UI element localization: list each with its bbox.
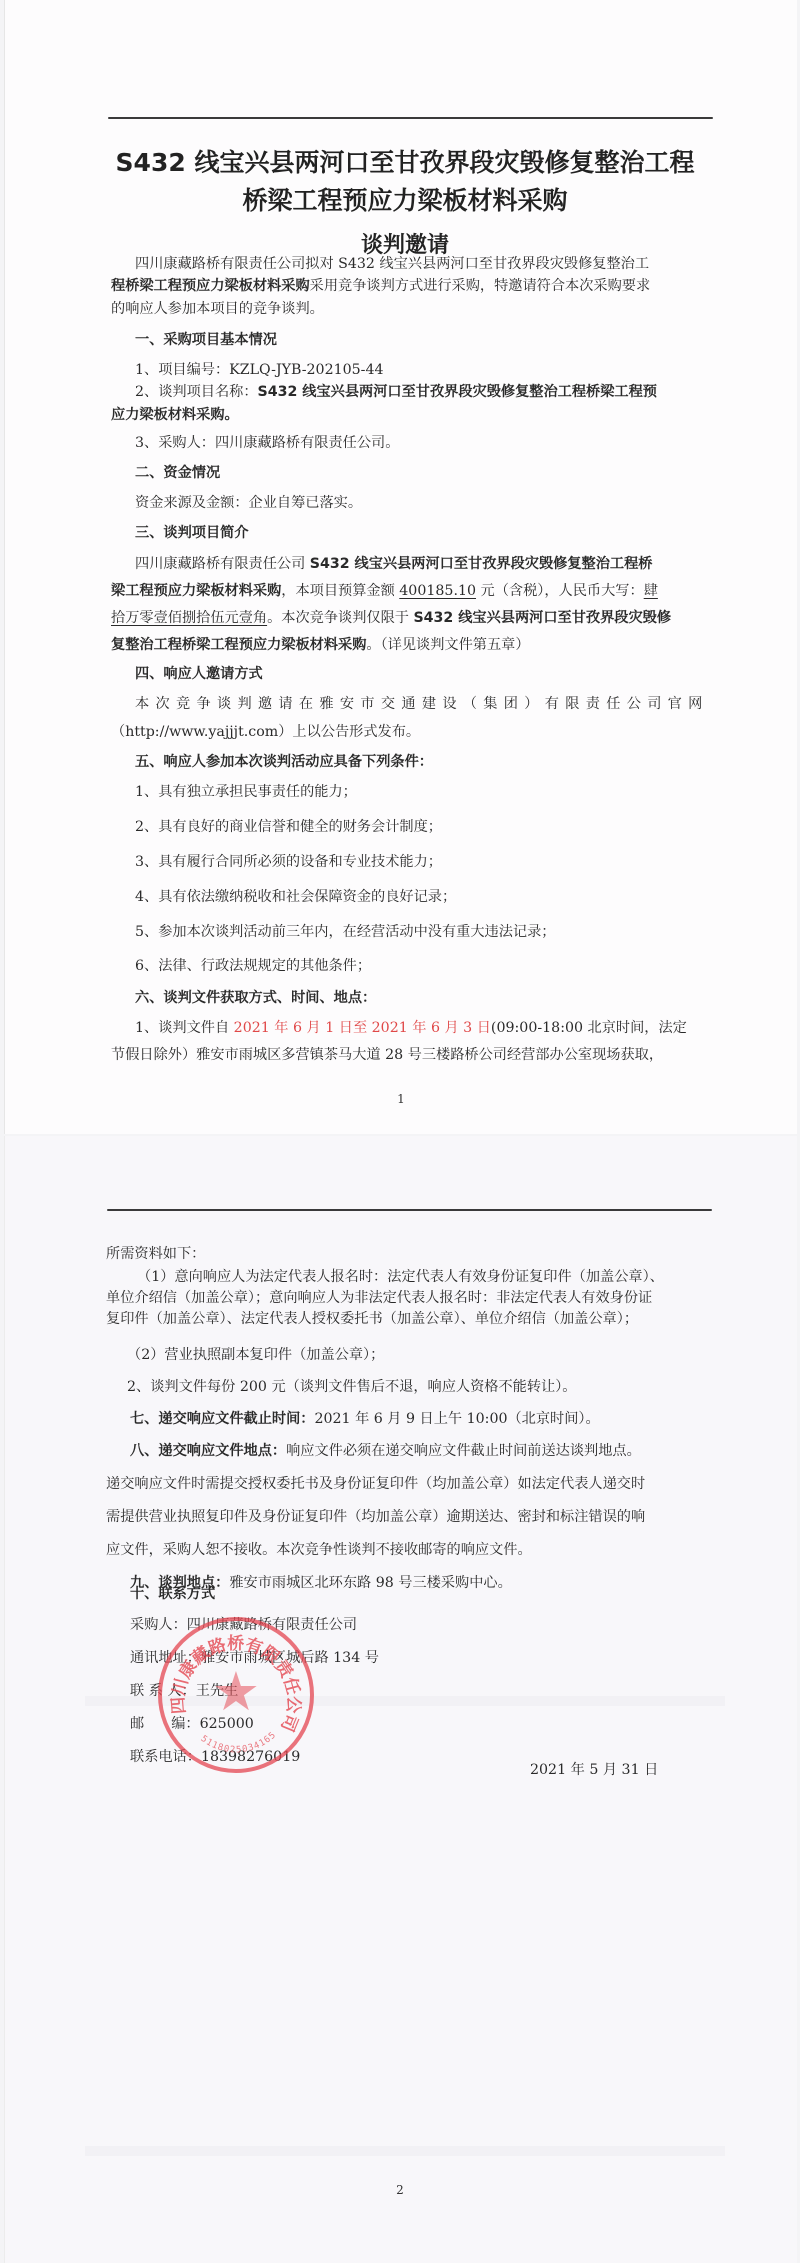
header-rule — [108, 117, 713, 119]
summary-restriction-project: S432 线宝兴县两河口至甘孜界段灾毁修 — [413, 610, 671, 626]
summary-line-4: 复整治工程桥梁工程预应力梁板材料采购。（详见谈判文件第五章） — [111, 635, 709, 655]
summary-project: S432 线宝兴县两河口至甘孜界段灾毁修复整治工程桥 — [310, 556, 653, 572]
doc-acquire-line-1: 1、谈判文件自 2021 年 6 月 1 日至 2021 年 6 月 3 日(0… — [135, 1018, 733, 1038]
section-8-line-3: 需提供营业执照复印件及身份证复印件（均加盖公章）逾期送达、密封和标注错误的响 — [106, 1507, 704, 1527]
section-7-heading: 七、递交响应文件截止时间： — [130, 1411, 314, 1427]
material-1-line-1: （1）意向响应人为法定代表人报名时：法定代表人有效身份证复印件（加盖公章）、 — [137, 1267, 735, 1287]
section-10-heading: 十、联系方式 — [130, 1584, 728, 1604]
summary-project-cont: 梁工程预应力梁板材料采购 — [111, 583, 281, 599]
project-number: 1、项目编号：KZLQ-JYB-202105-44 — [135, 360, 733, 380]
contact-value: 王先生 — [196, 1683, 239, 1699]
phone-value: 18398276019 — [201, 1749, 300, 1765]
section-6-heading: 六、谈判文件获取方式、时间、地点： — [135, 988, 733, 1008]
summary-company: 四川康藏路桥有限责任公司 — [135, 556, 310, 572]
summary-restriction: 。本次竞争谈判仅限于 — [267, 610, 413, 626]
document-page-1: S432 线宝兴县两河口至甘孜界段灾毁修复整治工程 桥梁工程预应力梁板材料采购 … — [4, 0, 797, 1134]
purchaser-line: 3、采购人：四川康藏路桥有限责任公司。 — [135, 433, 733, 453]
section-8-line-2: 递交响应文件时需提交授权委托书及身份证复印件（均加盖公章）如法定代表人递交时 — [106, 1474, 704, 1494]
page-number: 1 — [5, 1092, 797, 1106]
summary-reference: 。（详见谈判文件第五章） — [366, 637, 529, 653]
summary-restriction-project-cont: 复整治工程桥梁工程预应力梁板材料采购 — [111, 637, 366, 653]
budget-capital: 拾万零壹佰捌拾伍元壹角 — [111, 610, 267, 626]
materials-heading: 所需资料如下： — [106, 1244, 704, 1264]
address-label: 通讯地址： — [130, 1650, 201, 1666]
doc-fee: 2、谈判文件每份 200 元（谈判文件售后不退，响应人资格不能转让）。 — [127, 1377, 725, 1397]
summary-line-2: 梁工程预应力梁板材料采购，本项目预算金额 400185.10 元（含税），人民币… — [111, 581, 709, 601]
section-7: 七、递交响应文件截止时间：2021 年 6 月 9 日上午 10:00（北京时间… — [130, 1409, 728, 1429]
doc-acquire-line-2: 节假日除外）雅安市雨城区多营镇茶马大道 28 号三楼路桥公司经营部办公室现场获取… — [111, 1045, 709, 1065]
intro-text: 采用竞争谈判方式进行采购，特邀请符合本次采购要求 — [310, 278, 651, 294]
project-name-label: 2、谈判项目名称： — [135, 384, 258, 400]
section-8-line-4: 应文件，采购人恕不接收。本次竞争性谈判不接收邮寄的响应文件。 — [106, 1540, 704, 1560]
material-1-line-2: 单位介绍信（加盖公章）；意向响应人为非法定代表人报名时：非法定代表人有效身份证 — [106, 1288, 704, 1308]
doc-acquire-label: 1、谈判文件自 — [135, 1020, 234, 1036]
summary-line-3: 拾万零壹佰捌拾伍元壹角。本次竞争谈判仅限于 S432 线宝兴县两河口至甘孜界段灾… — [111, 608, 709, 628]
budget-capital-start: 肆 — [644, 583, 658, 599]
project-name-cont: 应力梁板材料采购。 — [111, 405, 709, 425]
section-8-heading: 八、递交响应文件地点： — [130, 1443, 286, 1459]
address-value: 雅安市雨城区城后路 134 号 — [201, 1650, 379, 1666]
material-1-line-3: 复印件（加盖公章）、法定代表人授权委托书（加盖公章）、单位介绍信（加盖公章）； — [106, 1309, 704, 1329]
section-5-heading: 五、响应人参加本次谈判活动应具备下列条件： — [135, 752, 733, 772]
postcode-label: 邮 编： — [130, 1716, 200, 1732]
contact-postcode: 邮 编：625000 — [130, 1714, 728, 1734]
doc-acquire-dates: 2021 年 6 月 1 日至 2021 年 6 月 3 日 — [234, 1020, 491, 1036]
section-8-line-1: 八、递交响应文件地点：响应文件必须在递交响应文件截止时间前送达谈判地点。 — [130, 1441, 728, 1461]
intro-line-3: 的响应人参加本项目的竞争谈判。 — [111, 299, 709, 319]
invite-method-line-2: （http://www.yajjjt.com）上以公告形式发布。 — [111, 722, 709, 742]
phone-label: 联系电话： — [130, 1749, 201, 1765]
purchaser-label: 采购人： — [130, 1617, 187, 1633]
document-title-line-2: 桥梁工程预应力梁板材料采购 — [5, 181, 800, 217]
intro-project-name: 程桥梁工程预应力梁板材料采购 — [111, 278, 310, 294]
condition-item: 6、法律、行政法规规定的其他条件； — [135, 956, 733, 976]
condition-item: 1、具有独立承担民事责任的能力； — [135, 782, 733, 802]
intro-line-2: 程桥梁工程预应力梁板材料采购采用竞争谈判方式进行采购，特邀请符合本次采购要求 — [111, 276, 709, 296]
section-3-heading: 三、谈判项目简介 — [135, 523, 733, 543]
budget-amount: 400185.10 — [399, 583, 476, 599]
contact-address: 通讯地址：雅安市雨城区城后路 134 号 — [130, 1648, 728, 1668]
condition-item: 3、具有履行合同所必须的设备和专业技术能力； — [135, 852, 733, 872]
fund-source: 资金来源及金额：企业自筹已落实。 — [135, 493, 733, 513]
header-rule — [107, 1209, 712, 1211]
contact-purchaser: 采购人：四川康藏路桥有限责任公司 — [130, 1615, 728, 1635]
condition-item: 5、参加本次谈判活动前三年内，在经营活动中没有重大违法记录； — [135, 922, 733, 942]
condition-item: 2、具有良好的商业信誉和健全的财务会计制度； — [135, 817, 733, 837]
document-date: 2021 年 5 月 31 日 — [530, 1760, 710, 1780]
submit-location: 响应文件必须在递交响应文件截止时间前送达谈判地点。 — [286, 1443, 641, 1459]
condition-item: 4、具有依法缴纳税收和社会保障资金的良好记录； — [135, 887, 733, 907]
document-title-line-1: S432 线宝兴县两河口至甘孜界段灾毁修复整治工程 — [5, 143, 800, 179]
page-number: 2 — [4, 2183, 796, 2197]
bleed-through — [85, 2146, 725, 2156]
contact-person: 联 系 人：王先生 — [130, 1681, 728, 1701]
material-2: （2）营业执照副本复印件（加盖公章）； — [127, 1345, 725, 1365]
doc-acquire-hours: (09:00-18:00 北京时间，法定 — [491, 1020, 687, 1036]
section-2-heading: 二、资金情况 — [135, 463, 733, 483]
contact-label: 联 系 人： — [130, 1683, 196, 1699]
project-name-line: 2、谈判项目名称：S432 线宝兴县两河口至甘孜界段灾毁修复整治工程桥梁工程预 — [135, 382, 733, 402]
postcode-value: 625000 — [200, 1716, 254, 1732]
summary-line-1: 四川康藏路桥有限责任公司 S432 线宝兴县两河口至甘孜界段灾毁修复整治工程桥 — [135, 554, 733, 574]
budget-label: ，本项目预算金额 — [281, 583, 399, 599]
purchaser-value: 四川康藏路桥有限责任公司 — [187, 1617, 357, 1633]
intro-line-1: 四川康藏路桥有限责任公司拟对 S432 线宝兴县两河口至甘孜界段灾毁修复整治工 — [135, 254, 733, 274]
section-4-heading: 四、响应人邀请方式 — [135, 664, 733, 684]
invite-method-line-1: 本次竞争谈判邀请在雅安市交通建设（集团）有限责任公司官网 — [135, 694, 733, 714]
budget-tail: 元（含税），人民币大写： — [476, 583, 644, 599]
section-1-heading: 一、采购项目基本情况 — [135, 330, 733, 350]
deadline: 2021 年 6 月 9 日上午 10:00（北京时间）。 — [314, 1411, 599, 1427]
project-name-value: S432 线宝兴县两河口至甘孜界段灾毁修复整治工程桥梁工程预 — [258, 384, 657, 400]
